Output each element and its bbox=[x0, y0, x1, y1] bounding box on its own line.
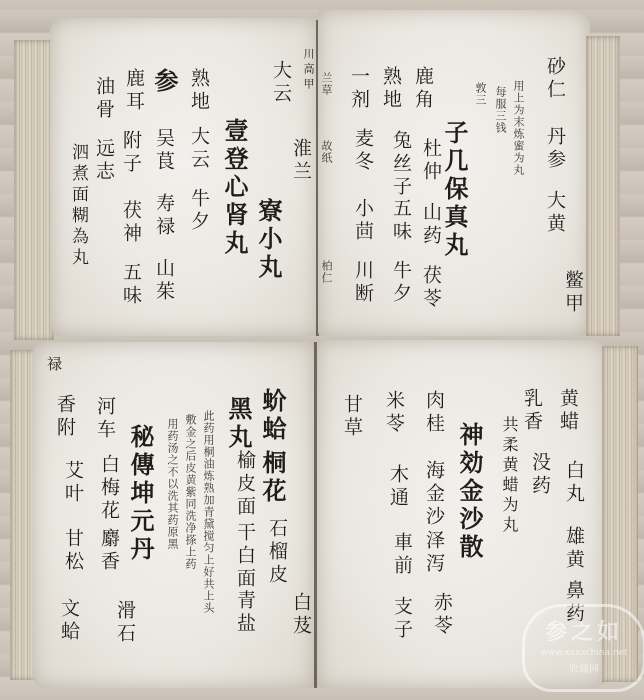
watermark-title: 参之如 bbox=[525, 615, 643, 646]
col: 雄黄 bbox=[564, 526, 583, 572]
top-book-right-edge bbox=[586, 36, 620, 336]
page-header: 禄 bbox=[46, 356, 61, 375]
col: 艾叶 bbox=[63, 460, 82, 506]
col: 榆皮面 bbox=[235, 450, 254, 519]
col: 敦三 bbox=[475, 82, 486, 106]
watermark-url: www.xxxxchina.net bbox=[525, 648, 643, 658]
col: 寿禄 bbox=[154, 193, 173, 239]
col: 此药用桐油炼熟加青黛搅匀上好共上头 bbox=[203, 410, 214, 614]
col: 青盐 bbox=[235, 590, 254, 636]
bottom-left-page: 禄 蚧蛤 桐花 石榴皮 白芨 黑丸 榆皮面 干白面 青盐 此药用桐油炼熟加青黛搅… bbox=[32, 342, 314, 688]
col: 丹参 bbox=[545, 126, 564, 172]
col: 茯苓 bbox=[421, 265, 440, 311]
col: 砂仁 bbox=[545, 56, 564, 102]
col: 用上为末炼蜜为丸 bbox=[513, 80, 524, 176]
col: 白丸 bbox=[564, 460, 583, 506]
col: 熟地 bbox=[189, 68, 208, 114]
col: 山茱 bbox=[154, 258, 173, 304]
col: 甘草 bbox=[342, 394, 361, 440]
col: 神効金沙散 bbox=[457, 422, 481, 562]
col: 鹿耳 bbox=[124, 68, 143, 114]
col: 寮小丸 bbox=[256, 198, 280, 282]
col: 蚧蛤 bbox=[260, 388, 284, 444]
col: 麝香 bbox=[99, 528, 118, 574]
col: 白芨 bbox=[291, 592, 310, 638]
col: 一剂 bbox=[349, 66, 368, 112]
col: 五味 bbox=[121, 262, 140, 308]
col: 兰草 bbox=[321, 72, 332, 96]
col: 大云 bbox=[271, 60, 290, 106]
col: 文蛤 bbox=[59, 598, 78, 644]
col: 白梅花 bbox=[99, 454, 118, 523]
col: 油骨 bbox=[94, 76, 113, 122]
col: 川高甲 bbox=[303, 48, 314, 93]
col: 附子 bbox=[121, 130, 140, 176]
col: 敷金之后皮黄紫同洗净搽上药 bbox=[185, 414, 196, 570]
col: 牛夕 bbox=[189, 188, 208, 234]
col: 黄蜡 bbox=[558, 388, 577, 434]
col: 泗煮面糊為丸 bbox=[69, 143, 86, 269]
watermark-subtitle: 收藏网 bbox=[525, 660, 643, 675]
col: 柏仁 bbox=[321, 260, 332, 284]
col: 肉桂 bbox=[424, 390, 443, 436]
col: 大黄 bbox=[545, 190, 564, 236]
col: 用药汤之不以洗其药原黑 bbox=[167, 418, 178, 550]
col: 赤苓 bbox=[432, 592, 451, 638]
top-left-page: 川高甲 大云 淮兰 寮小丸 壹登心肾丸 熟地 大云 牛夕 参 吴茛 寿禄 山茱 … bbox=[50, 18, 318, 336]
col: 香附 bbox=[55, 394, 74, 440]
col: 杜仲 bbox=[421, 138, 440, 184]
col: 兔丝子 bbox=[391, 130, 410, 199]
col: 共柔黄蜡为丸 bbox=[501, 416, 517, 536]
col: 吴茛 bbox=[154, 128, 173, 174]
col: 滑石 bbox=[115, 600, 134, 646]
col: 車前 bbox=[392, 532, 411, 578]
col: 五味 bbox=[391, 198, 410, 244]
col: 鹿角 bbox=[413, 66, 432, 112]
watermark-logo: 参之如 www.xxxxchina.net 收藏网 bbox=[522, 604, 644, 692]
col: 故纸 bbox=[321, 140, 332, 164]
col: 木通 bbox=[388, 464, 407, 510]
top-book-left-edge bbox=[14, 40, 54, 340]
col: 大云 bbox=[189, 126, 208, 172]
col: 壹登心肾丸 bbox=[222, 118, 246, 258]
col: 川断 bbox=[353, 260, 372, 306]
col: 子几保真丸 bbox=[442, 120, 466, 260]
col: 河车 bbox=[95, 396, 114, 442]
col: 牛夕 bbox=[391, 260, 410, 306]
col: 泽泻 bbox=[424, 530, 443, 576]
col: 茯神 bbox=[121, 200, 140, 246]
col: 桐花 bbox=[260, 450, 284, 506]
col: 干白面 bbox=[235, 522, 254, 591]
col: 淮兰 bbox=[291, 138, 310, 184]
col: 海金沙 bbox=[424, 460, 443, 529]
col: 远志 bbox=[94, 138, 113, 184]
col: 熟地 bbox=[381, 66, 400, 112]
col: 石榴皮 bbox=[267, 518, 286, 587]
col: 黑丸 bbox=[226, 396, 250, 452]
col: 麦冬 bbox=[353, 128, 372, 174]
col: 支子 bbox=[392, 596, 411, 642]
col: 秘傳坤元丹 bbox=[128, 424, 152, 564]
col: 米苓 bbox=[384, 390, 403, 436]
col: 乳香 bbox=[522, 388, 541, 434]
top-right-page: 砂仁 丹参 大黄 鳖甲 用上为末炼蜜为丸 每服三钱 敦三 子几保真丸 鹿角 杜仲… bbox=[318, 10, 590, 336]
col: 小茴 bbox=[353, 198, 372, 244]
col: 每服三钱 bbox=[495, 86, 506, 134]
col: 甘松 bbox=[63, 528, 82, 574]
col: 参 bbox=[152, 68, 176, 96]
col: 鳖甲 bbox=[563, 270, 582, 316]
col: 没药 bbox=[530, 452, 549, 498]
col: 山药 bbox=[421, 202, 440, 248]
